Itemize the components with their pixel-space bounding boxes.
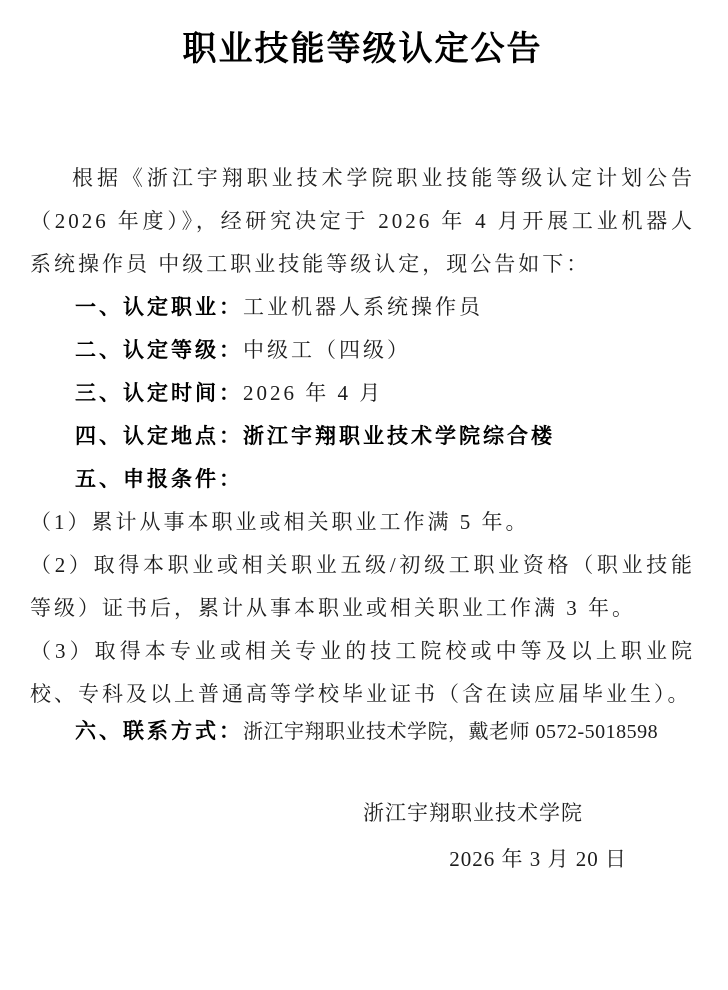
item-occupation-label: 一、认定职业： (75, 296, 243, 319)
condition-3: （3）取得本专业或相关专业的技工院校或中等及以上职业院校、专科及以上普通高等学校… (30, 630, 695, 716)
announcement-page: 职业技能等级认定公告 根据《浙江宇翔职业技术学院职业技能等级认定计划公告（202… (0, 0, 728, 990)
item-requirements: 五、申报条件： (30, 458, 695, 501)
page-title: 职业技能等级认定公告 (30, 26, 695, 74)
signature-org: 浙江宇翔职业技术学院 (30, 792, 695, 835)
signature-block: 浙江宇翔职业技术学院 2026 年 3 月 20 日 (30, 792, 695, 881)
item-level-value: 中级工（四级） (243, 338, 411, 362)
condition-1: （1）累计从事本职业或相关职业工作满 5 年。 (30, 501, 695, 544)
signature-date: 2026 年 3 月 20 日 (30, 838, 695, 881)
item-time: 三、认定时间：2026 年 4 月 (30, 372, 695, 415)
item-time-value: 2026 年 4 月 (243, 381, 383, 405)
item-location-label: 四、认定地点： (75, 425, 243, 448)
item-location: 四、认定地点：浙江宇翔职业技术学院综合楼 (30, 415, 695, 458)
item-requirements-label: 五、申报条件： (75, 468, 243, 491)
contact-label: 六、联系方式： (75, 720, 243, 743)
intro-paragraph: 根据《浙江宇翔职业技术学院职业技能等级认定计划公告（2026 年度）》，经研究决… (30, 157, 695, 286)
contact-line: 六、联系方式：浙江宇翔职业技术学院，戴老师 0572-5018598 (30, 710, 695, 754)
item-occupation-value: 工业机器人系统操作员 (243, 295, 483, 319)
item-location-value: 浙江宇翔职业技术学院综合楼 (243, 425, 555, 448)
item-level-label: 二、认定等级： (75, 339, 243, 362)
item-occupation: 一、认定职业：工业机器人系统操作员 (30, 286, 695, 329)
item-time-label: 三、认定时间： (75, 382, 243, 405)
contact-value: 浙江宇翔职业技术学院，戴老师 0572-5018598 (243, 721, 658, 743)
condition-2: （2）取得本职业或相关职业五级/初级工职业资格（职业技能等级）证书后，累计从事本… (30, 544, 695, 630)
item-level: 二、认定等级：中级工（四级） (30, 329, 695, 372)
